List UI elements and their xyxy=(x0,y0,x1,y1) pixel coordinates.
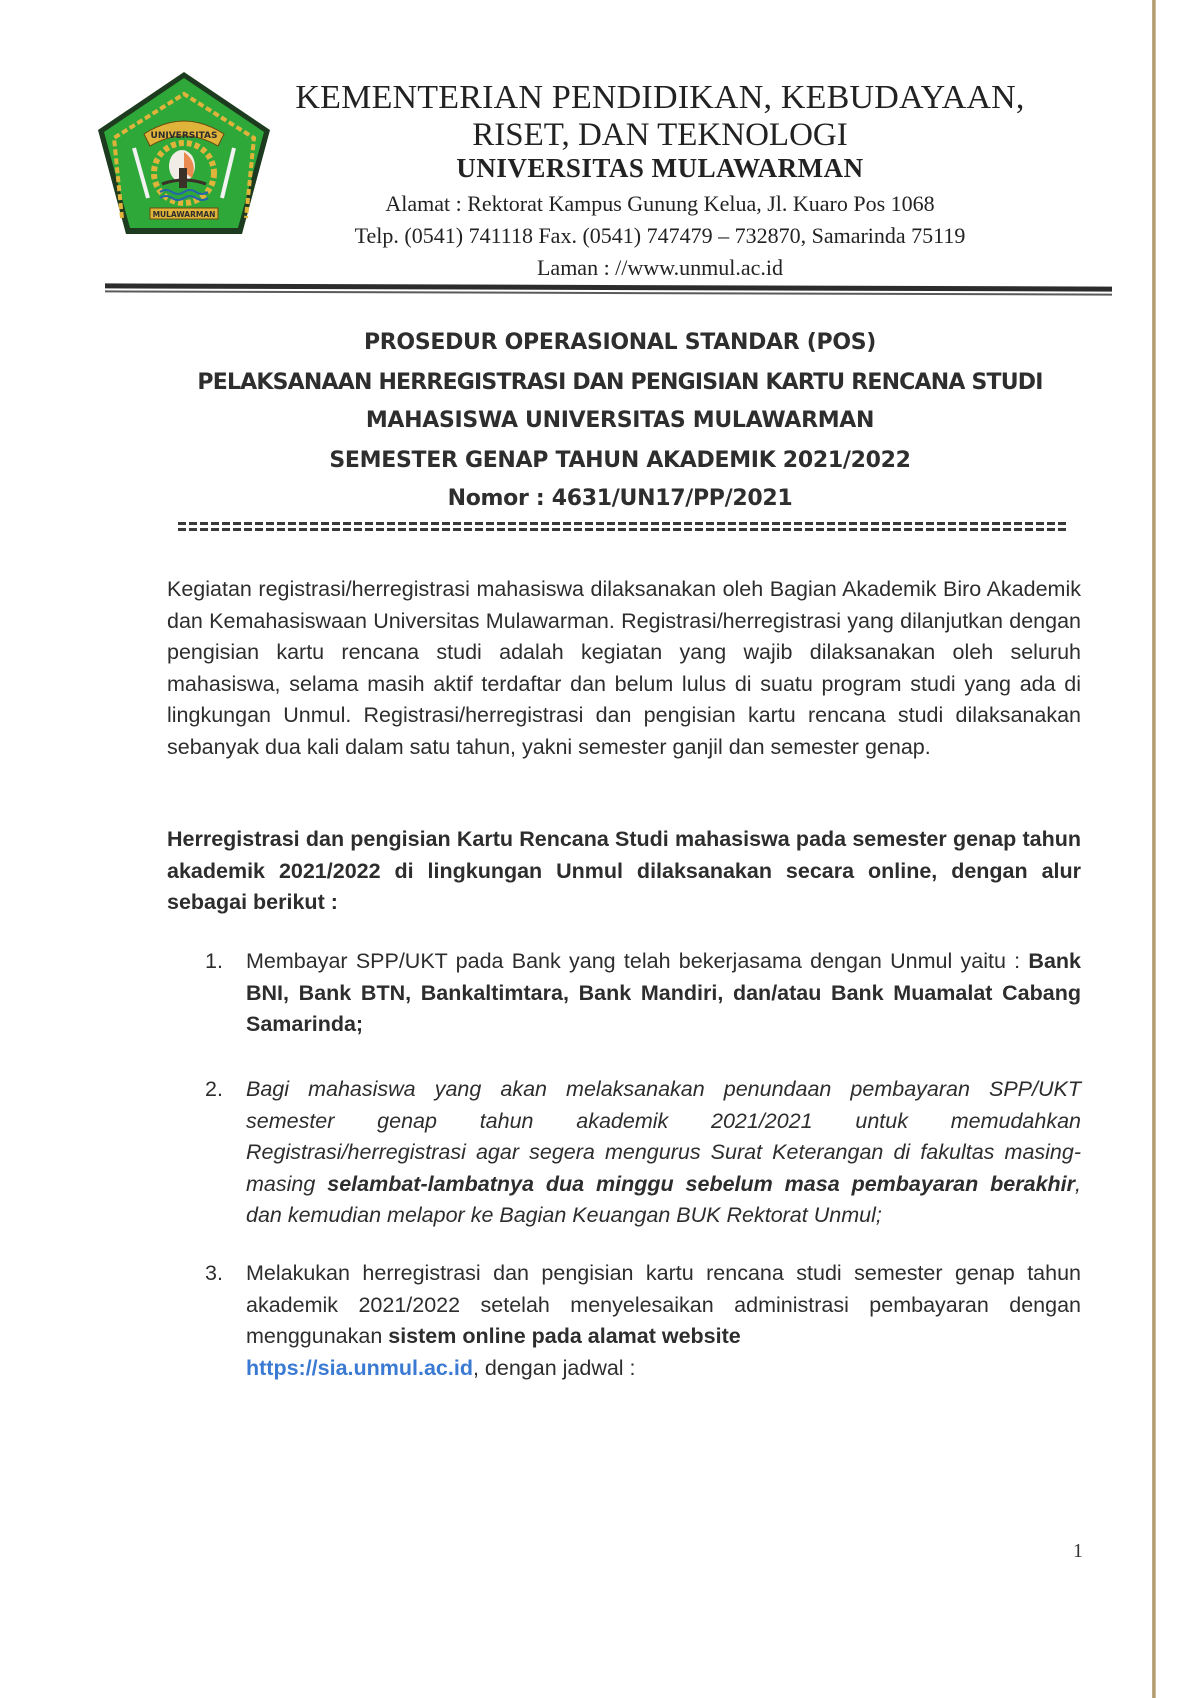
university-name: UNIVERSITAS MULAWARMAN xyxy=(290,152,1030,184)
letterhead-divider-thin xyxy=(105,290,1112,295)
online-system-note: sistem online pada alamat website xyxy=(388,1324,740,1348)
university-crest-icon: UNIVERSITAS MULAWARMAN xyxy=(92,68,276,240)
svg-text:UNIVERSITAS: UNIVERSITAS xyxy=(151,131,218,141)
list-number: 1. xyxy=(205,946,245,978)
scan-page-edge xyxy=(1152,0,1156,1698)
ministry-name-line2: RISET, DAN TEKNOLOGI xyxy=(290,116,1030,154)
list-number: 2. xyxy=(205,1074,245,1106)
doc-semester: SEMESTER GENAP TAHUN AKADEMIK 2021/2022 xyxy=(120,448,1120,473)
doc-title: PROSEDUR OPERASIONAL STANDAR (POS) xyxy=(120,330,1120,355)
deadline-note: selambat-lambatnya dua minggu sebelum ma… xyxy=(327,1172,1075,1196)
doc-subtitle: PELAKSANAAN HERREGISTRASI DAN PENGISIAN … xyxy=(120,370,1120,395)
list-number: 3. xyxy=(205,1258,245,1290)
page-number: 1 xyxy=(1073,1540,1083,1563)
address-line: Alamat : Rektorat Kampus Gunung Kelua, J… xyxy=(290,190,1030,218)
intro-paragraph: Kegiatan registrasi/herregistrasi mahasi… xyxy=(167,574,1081,763)
website-line: Laman : //www.unmul.ac.id xyxy=(290,254,1030,282)
list-item: 2. Bagi mahasiswa yang akan melaksanakan… xyxy=(213,1074,1081,1232)
sia-link[interactable]: https://sia.unmul.ac.id xyxy=(246,1356,473,1380)
doc-subtitle-2: MAHASISWA UNIVERSITAS MULAWARMAN xyxy=(120,408,1120,433)
list-item: 1. Membayar SPP/UKT pada Bank yang telah… xyxy=(213,946,1081,1041)
step-text: Membayar SPP/UKT pada Bank yang telah be… xyxy=(246,949,1028,973)
svg-text:MULAWARMAN: MULAWARMAN xyxy=(153,210,216,219)
lead-paragraph: Herregistrasi dan pengisian Kartu Rencan… xyxy=(167,824,1081,919)
step-text-after: , dengan jadwal : xyxy=(473,1356,636,1380)
equals-divider xyxy=(178,522,1068,532)
phone-line: Telp. (0541) 741118 Fax. (0541) 747479 –… xyxy=(290,222,1030,250)
list-item: 3. Melakukan herregistrasi dan pengisian… xyxy=(213,1258,1081,1384)
ministry-name: KEMENTERIAN PENDIDIKAN, KEBUDAYAAN, xyxy=(290,78,1030,118)
doc-number: Nomor : 4631/UN17/PP/2021 xyxy=(120,486,1120,511)
